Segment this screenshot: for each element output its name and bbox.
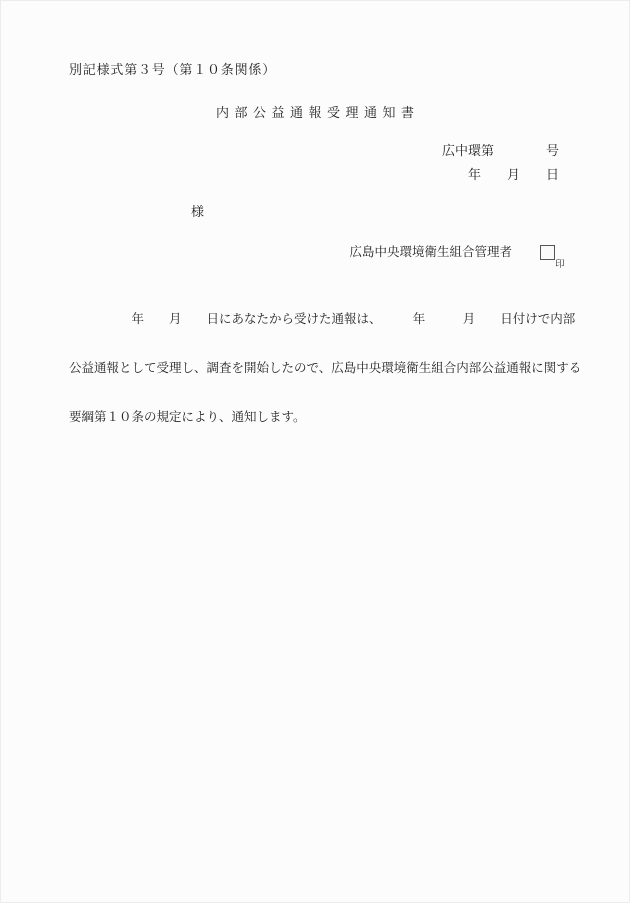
date-blank-line: 年 月 日 (468, 168, 559, 181)
document-number-line: 広中環第 号 (442, 144, 559, 157)
document-title: 内部公益通報受理通知書 (1, 106, 629, 119)
body-line-2: 公益通報として受理し、調査を開始したので、広島中央環境衛生組合内部公益通報に関す… (69, 357, 585, 380)
form-reference-label: 別記様式第３号（第１０条関係） (69, 63, 276, 76)
sender-title: 広島中央環境衛生組合管理者 (349, 246, 512, 259)
addressee-honorific: 様 (191, 205, 204, 218)
body-paragraph: 年 月 日にあなたから受けた通報は、 年 月 日付けで内部 公益通報として受理し… (69, 282, 585, 455)
seal-placeholder-box: 印 (540, 245, 555, 260)
body-line-1: 年 月 日にあなたから受けた通報は、 年 月 日付けで内部 (69, 308, 585, 331)
document-page: 別記様式第３号（第１０条関係） 内部公益通報受理通知書 広中環第 号 年 月 日… (0, 0, 630, 903)
body-line-3: 要綱第１０条の規定により、通知します。 (69, 406, 585, 429)
seal-label: 印 (555, 260, 565, 270)
sender-signature-line: 広島中央環境衛生組合管理者 印 (349, 245, 555, 260)
